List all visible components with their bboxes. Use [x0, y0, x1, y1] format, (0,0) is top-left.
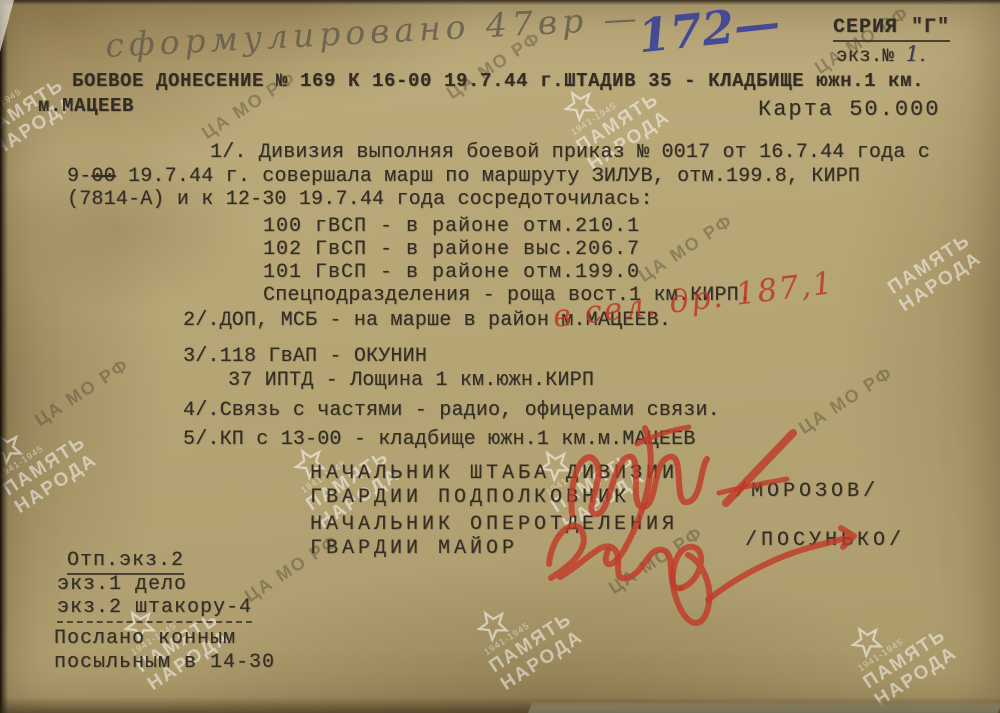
unit-line: 101 ГвСП - в районе отм.199.0 [263, 261, 640, 284]
signature-post2-line2: ГВАРДИИ МАЙОР [310, 537, 518, 560]
report-title-line1: БОЕВОЕ ДОНЕСЕНИЕ № 169 К 16-00 19.7.44 г… [72, 70, 924, 92]
signature-post2-line1: НАЧАЛЬНИК ОПЕРОТДЕЛЕНИЯ [310, 513, 678, 536]
para3-line2: 37 ИПТД - Лощина 1 км.южн.КИРП [228, 369, 594, 392]
series-label: СЕРИЯ "Г" [833, 16, 950, 42]
scanned-document: ЦА МО РФ ЦА МО РФ ЦА МО РФ ЦА МО РФ ЦА М… [0, 0, 1000, 713]
unit-line: 102 ГвСП - в районе выс.206.7 [263, 238, 640, 261]
copy-label: экз.№ [836, 45, 894, 67]
signature-post1-line1: НАЧАЛЬНИК ШТАБА ДИВИЗИИ [310, 462, 678, 485]
copy-number: 1. [906, 42, 926, 66]
para4-line: 4/.Связь с частями - радио, офицерами св… [183, 399, 720, 422]
para1-line1: 1/. Дивизия выполняя боевой приказ № 001… [210, 141, 930, 164]
map-reference: Карта 50.000 [758, 97, 940, 122]
footer-note-copy2: экз.2 штакору-4 [57, 596, 252, 619]
footer-note-sent1: Послано конным [54, 627, 236, 650]
para3-line1: 3/.118 ГвАП - ОКУНИН [183, 345, 427, 368]
para1-line2: 9-00 19.7.44 г. совершала марш по маршру… [67, 165, 860, 188]
para5-line: 5/.КП с 13-00 - кладбище южн.1 км.м.МАЦЕ… [183, 428, 695, 451]
struck-time: 00 [91, 165, 115, 188]
footer-note-copy1: экз.1 дело [57, 573, 187, 596]
para1-line3: (7814-А) и к 12-30 19.7.44 года сосредот… [67, 188, 653, 211]
copy-number-line: экз.№ 1. [836, 42, 926, 67]
bottom-shadow [0, 697, 1000, 713]
footer-note-copies: Отп.экз.2 [67, 549, 184, 572]
signature-name-posunko: /ПОСУНЬКО/ [745, 529, 905, 552]
signature-name-morozov: /МОРОЗОВ/ [735, 480, 879, 503]
report-title-line2: м.МАЦЕЕВ [38, 95, 134, 117]
unit-line: 100 гВСП - в районе отм.210.1 [263, 215, 640, 238]
footer-note-sent2: посыльным в 14-30 [54, 651, 275, 674]
series-stamp: СЕРИЯ "Г" [833, 16, 950, 39]
scan-edge-left [0, 0, 8, 713]
corner-notch [0, 0, 14, 52]
signature-post1-line2: ГВАРДИИ ПОДПОЛКОВНИК [310, 486, 630, 509]
scan-edge-top [0, 0, 1000, 5]
